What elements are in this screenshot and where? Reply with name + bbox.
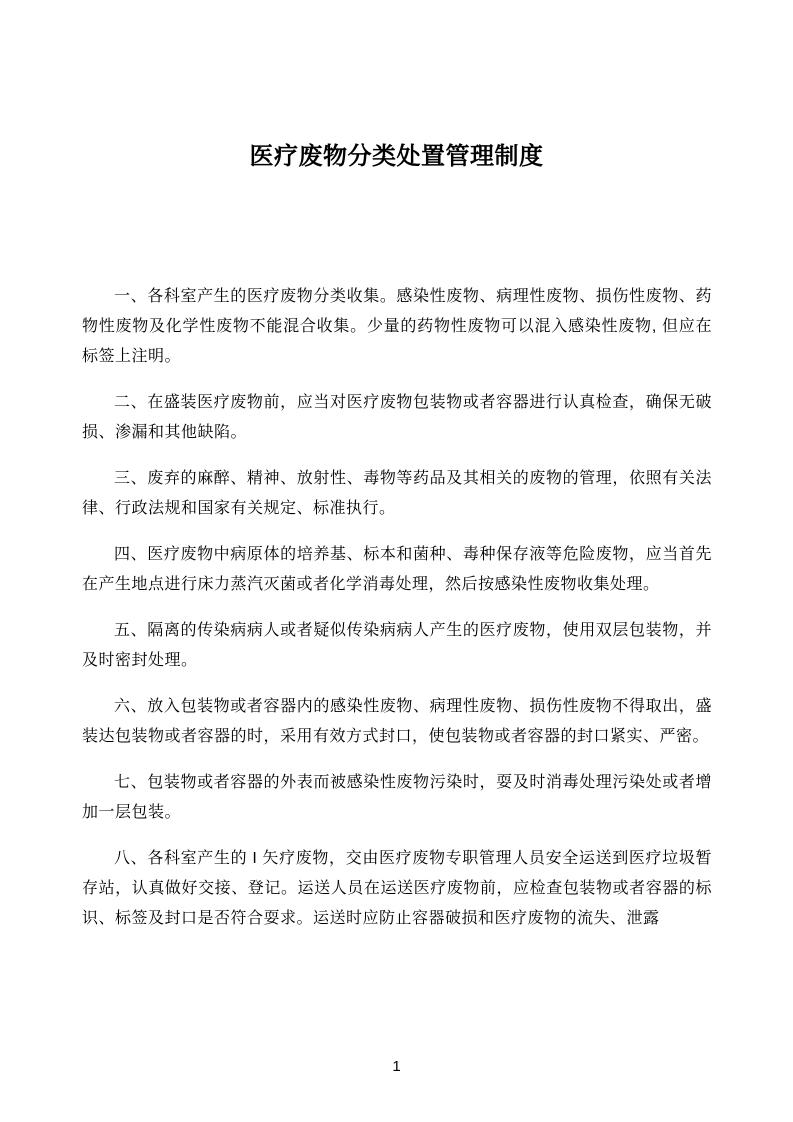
paragraph-3: 三、废弃的麻醉、精神、放射性、毒物等药品及其相关的废物的管理，依照有关法律、行政… <box>82 464 712 524</box>
paragraph-6: 六、放入包装物或者容器内的感染性废物、病理性废物、损伤性废物不得取出，盛装达包装… <box>82 692 712 752</box>
page-number: 1 <box>0 1058 793 1075</box>
document-body: 一、各科室产生的医疗废物分类收集。感染性废物、病理性废物、损伤性废物、药物性废物… <box>82 282 712 934</box>
paragraph-7: 七、包装物或者容器的外表而被感染性废物污染时，耍及时消毒处理污染处或者增加一层包… <box>82 768 712 828</box>
paragraph-2: 二、在盛装医疗废物前，应当对医疗废物包装物或者容器进行认真检查，确保无破损、渗漏… <box>82 388 712 448</box>
paragraph-4: 四、医疗废物中病原体的培养基、标本和菌种、毒种保存液等危险废物，应当首先在产生地… <box>82 540 712 600</box>
document-page: 医疗废物分类处置管理制度 一、各科室产生的医疗废物分类收集。感染性废物、病理性废… <box>0 0 793 1122</box>
paragraph-8: 八、各科室产生的 I 矢疗废物，交由医疗废物专职管理人员安全运送到医疗垃圾暂存站… <box>82 844 712 934</box>
paragraph-1: 一、各科室产生的医疗废物分类收集。感染性废物、病理性废物、损伤性废物、药物性废物… <box>82 282 712 372</box>
paragraph-5: 五、隔离的传染病病人或者疑似传染病病人产生的医疗废物，使用双层包装物，并及时密封… <box>82 616 712 676</box>
document-title: 医疗废物分类处置管理制度 <box>0 142 793 172</box>
